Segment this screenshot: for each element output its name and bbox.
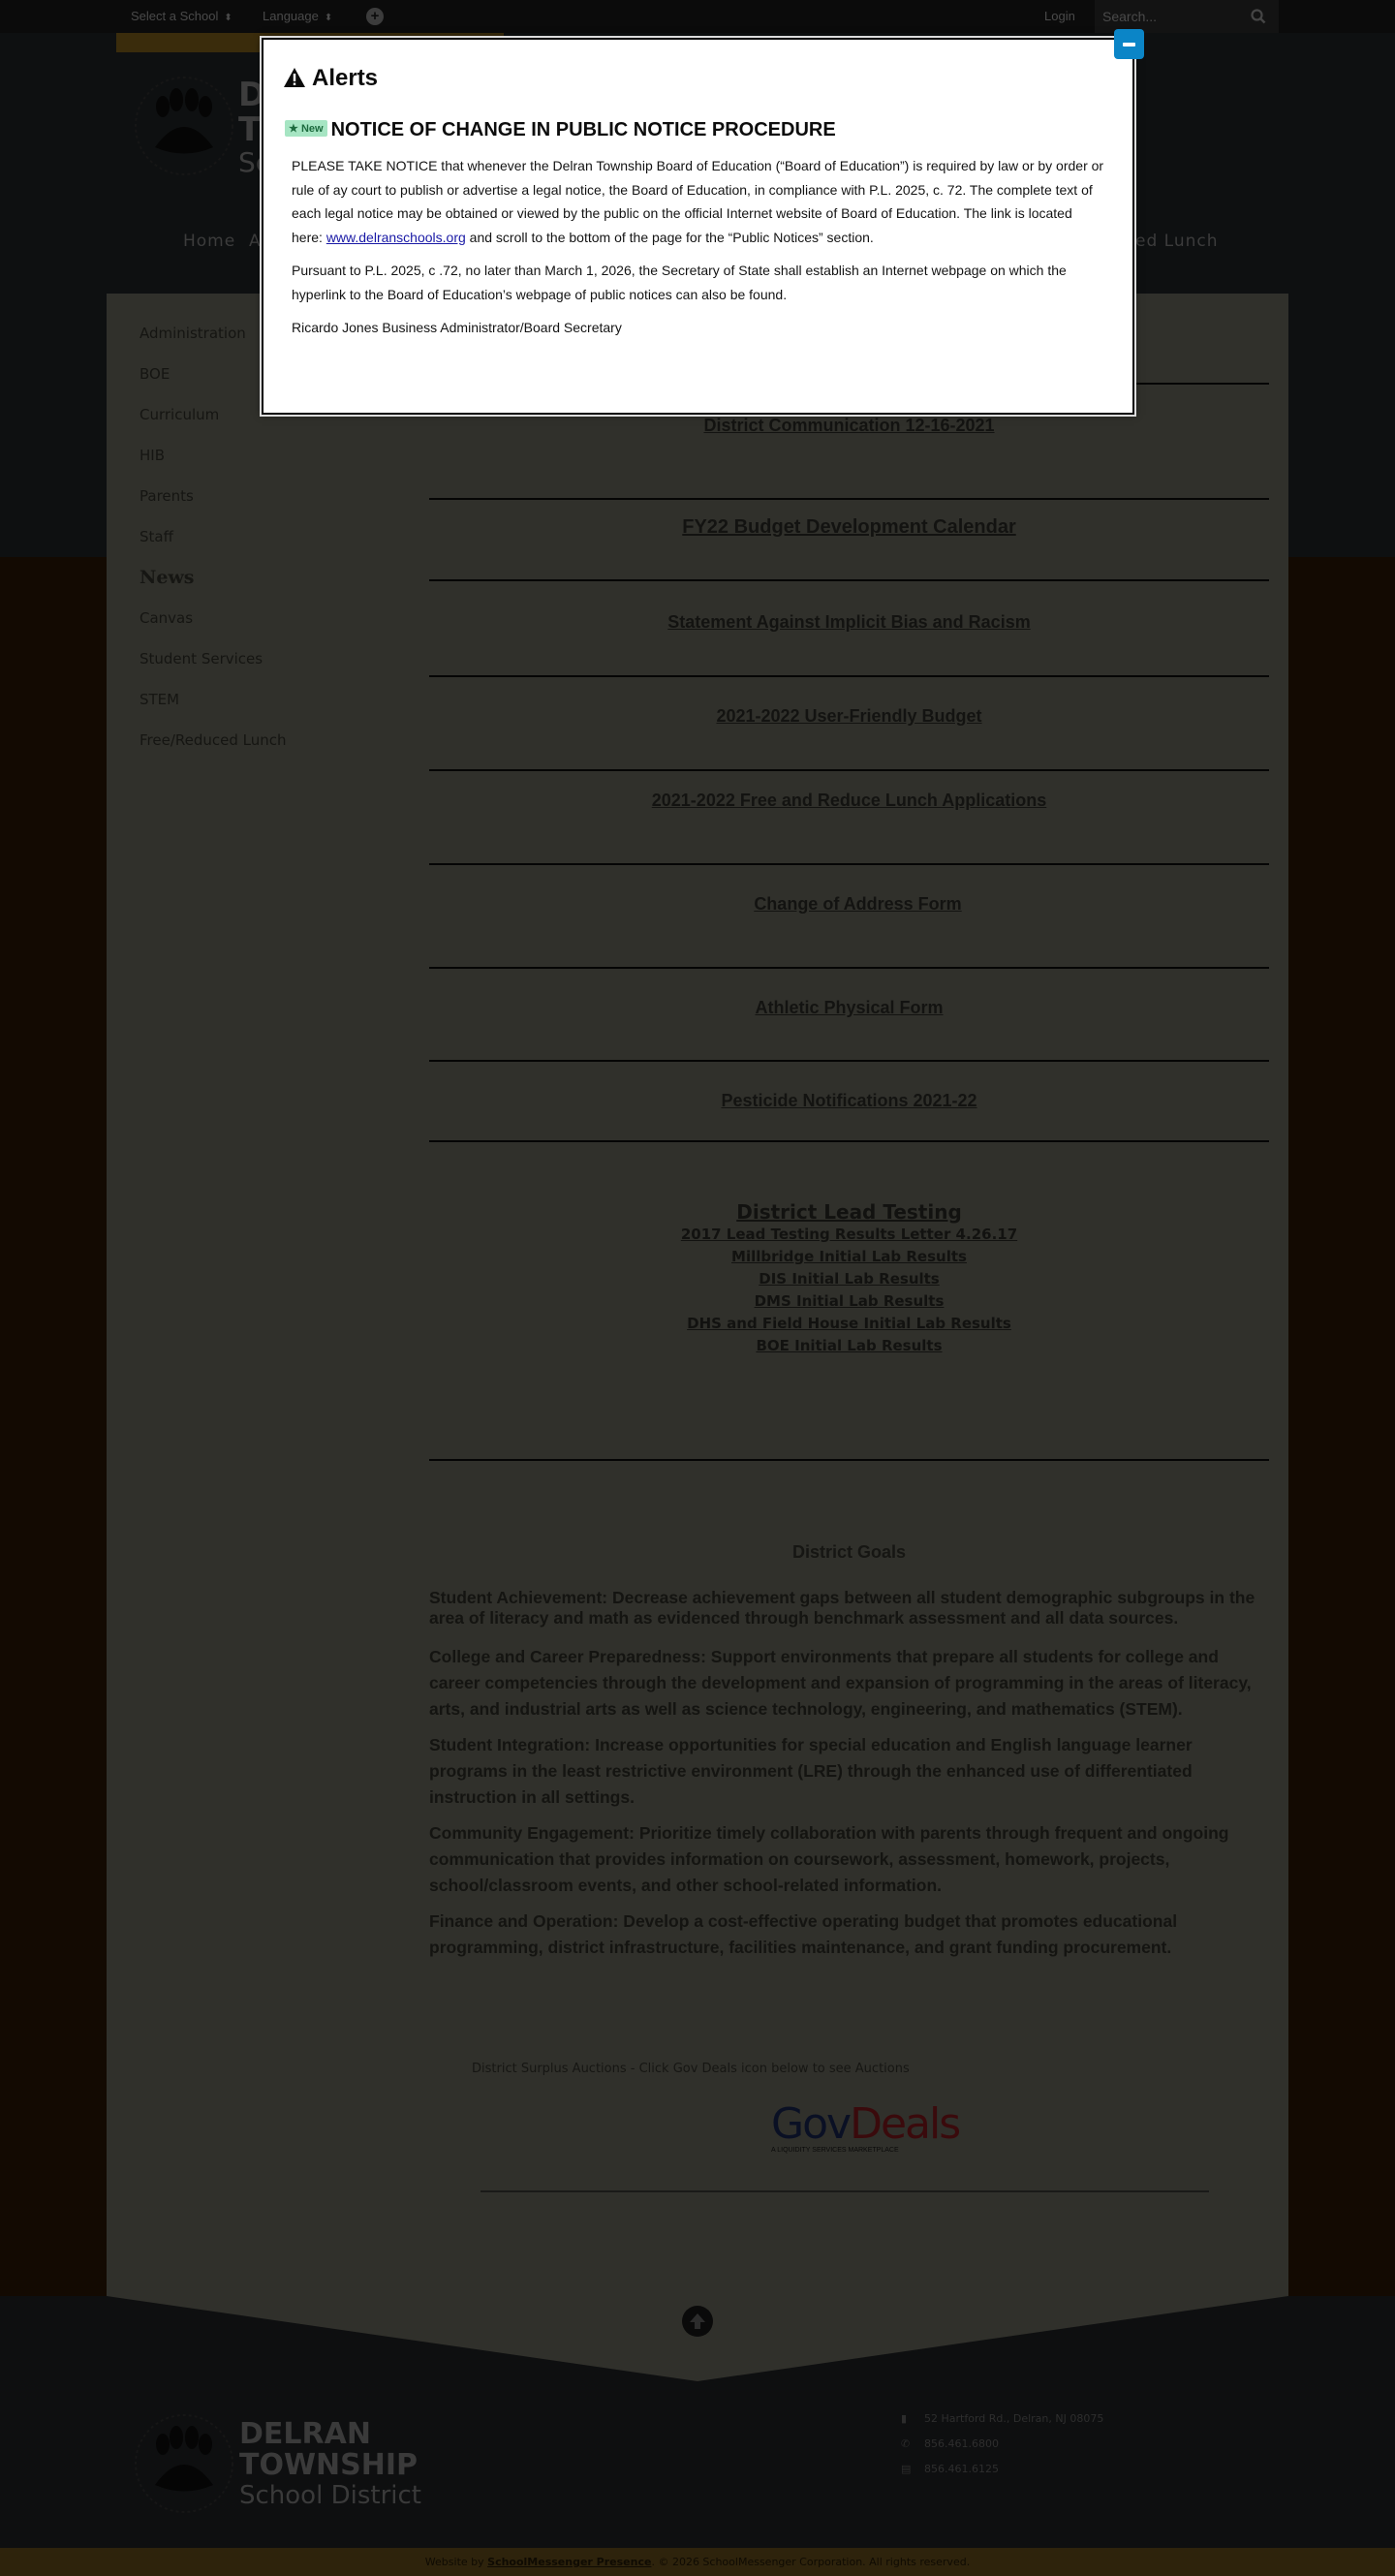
nav-item-free-reduced-lunch[interactable]: ed Lunch bbox=[1135, 232, 1219, 251]
footer-site-name: DELRAN TOWNSHIP School District bbox=[239, 2419, 421, 2510]
footer-fax: ▤856.461.6125 bbox=[901, 2463, 999, 2475]
credit-prefix: Website by bbox=[425, 2556, 487, 2568]
lead-testing-section: District Lead Testing 2017 Lead Testing … bbox=[429, 1200, 1269, 1357]
utility-bar: Select a School⬍ Language⬍ + Login bbox=[0, 0, 1395, 33]
govdeals-wordmark: GovDeals bbox=[771, 2100, 916, 2149]
lead-link-letter[interactable]: 2017 Lead Testing Results Letter 4.26.17 bbox=[429, 1224, 1269, 1246]
footer-bear-paw-logo-icon bbox=[131, 2407, 237, 2519]
doc-link-athletic-physical[interactable]: Athletic Physical Form bbox=[429, 998, 1269, 1027]
divider bbox=[429, 863, 1269, 865]
search-icon[interactable] bbox=[1250, 8, 1267, 25]
doc-link-fy22-budget-calendar[interactable]: FY22 Budget Development Calendar bbox=[429, 516, 1269, 564]
lead-link-millbridge[interactable]: Millbridge Initial Lab Results bbox=[429, 1246, 1269, 1268]
copyright-bar: Website by SchoolMessenger Presence. © 2… bbox=[0, 2548, 1395, 2576]
arrow-up-icon bbox=[682, 2306, 713, 2337]
divider bbox=[429, 498, 1269, 500]
sidebar-item-news[interactable]: News bbox=[139, 564, 411, 605]
select-arrows-icon: ⬍ bbox=[224, 13, 232, 23]
minus-icon bbox=[1123, 43, 1135, 47]
fax-icon: ▤ bbox=[901, 2463, 914, 2475]
sidebar-item-parents[interactable]: Parents bbox=[139, 482, 411, 523]
language-select[interactable]: Language⬍ bbox=[263, 9, 332, 23]
doc-link-district-communication[interactable]: District Communication 12-16-2021 bbox=[429, 416, 1269, 466]
lead-link-dis[interactable]: DIS Initial Lab Results bbox=[429, 1268, 1269, 1290]
schoolmessenger-link[interactable]: SchoolMessenger Presence bbox=[487, 2556, 651, 2568]
goal-student-achievement: Student Achievement: Decrease achievemen… bbox=[429, 1588, 1269, 1629]
sidebar-item-stem[interactable]: STEM bbox=[139, 686, 411, 727]
new-badge: ★ New bbox=[285, 120, 327, 137]
search-input[interactable] bbox=[1102, 7, 1248, 26]
divider bbox=[429, 1459, 1269, 1461]
govdeals-tagline: A LIQUIDITY SERVICES MARKETPLACE bbox=[771, 2147, 916, 2154]
lead-testing-title-link[interactable]: District Lead Testing bbox=[736, 1200, 962, 1224]
school-select-label: Select a School bbox=[131, 9, 218, 23]
delranschools-link[interactable]: www.delranschools.org bbox=[326, 230, 466, 245]
star-icon: ★ bbox=[289, 123, 298, 135]
divider bbox=[429, 769, 1269, 771]
alert-paragraph-1: PLEASE TAKE NOTICE that whenever the Del… bbox=[292, 154, 1105, 249]
footer-phone[interactable]: ✆856.461.6800 bbox=[901, 2437, 999, 2450]
alerts-modal: Alerts ★ NewNOTICE OF CHANGE IN PUBLIC N… bbox=[262, 38, 1134, 415]
surplus-auctions-text: District Surplus Auctions - Click Gov De… bbox=[472, 2062, 910, 2076]
govdeals-logo-link[interactable]: GovDeals A LIQUIDITY SERVICES MARKETPLAC… bbox=[771, 2100, 916, 2170]
plus-circle-icon[interactable]: + bbox=[366, 8, 384, 25]
login-link[interactable]: Login bbox=[1044, 9, 1075, 23]
doc-link-change-of-address[interactable]: Change of Address Form bbox=[429, 894, 1269, 923]
lead-link-dhs[interactable]: DHS and Field House Initial Lab Results bbox=[429, 1313, 1269, 1335]
goal-college-career: College and Career Preparedness: Support… bbox=[429, 1644, 1269, 1723]
alert-paragraph-2: Pursuant to P.L. 2025, c .72, no later t… bbox=[292, 259, 1105, 306]
alert-headline: NOTICE OF CHANGE IN PUBLIC NOTICE PROCED… bbox=[331, 119, 836, 140]
bear-paw-logo-icon[interactable] bbox=[131, 68, 237, 184]
back-to-top-button[interactable] bbox=[682, 2306, 713, 2337]
main-content: District Communication 12-16-2021 FY22 B… bbox=[429, 383, 1269, 1961]
doc-link-implicit-bias-statement[interactable]: Statement Against Implicit Bias and Raci… bbox=[429, 612, 1269, 641]
divider bbox=[429, 579, 1269, 581]
sidebar-item-hib[interactable]: HIB bbox=[139, 442, 411, 482]
copyright-text: . © 2026 SchoolMessenger Corporation. Al… bbox=[651, 2556, 970, 2568]
school-select[interactable]: Select a School⬍ bbox=[131, 9, 232, 23]
phone-icon: ✆ bbox=[901, 2437, 914, 2450]
lead-link-dms[interactable]: DMS Initial Lab Results bbox=[429, 1290, 1269, 1313]
nav-item-home[interactable]: Home bbox=[183, 232, 235, 251]
divider bbox=[429, 1140, 1269, 1142]
nav-item-about[interactable]: A bbox=[249, 232, 262, 251]
doc-link-user-friendly-budget[interactable]: 2021-2022 User-Friendly Budget bbox=[429, 706, 1269, 735]
divider bbox=[480, 2190, 1209, 2192]
sidebar-item-student-services[interactable]: Student Services bbox=[139, 645, 411, 686]
divider bbox=[429, 1060, 1269, 1062]
goal-community-engagement: Community Engagement: Prioritize timely … bbox=[429, 1820, 1269, 1899]
sidebar-item-staff[interactable]: Staff bbox=[139, 523, 411, 564]
footer-address: ▮52 Hartford Rd., Delran, NJ 08075 bbox=[901, 2412, 1103, 2425]
alerts-modal-title: Alerts bbox=[283, 65, 378, 92]
footer-name-line1: DELRAN bbox=[239, 2419, 421, 2450]
alert-signature: Ricardo Jones Business Administrator/Boa… bbox=[292, 316, 1105, 340]
sidebar-item-canvas[interactable]: Canvas bbox=[139, 605, 411, 645]
language-select-label: Language bbox=[263, 9, 319, 23]
footer-name-line3: School District bbox=[239, 2481, 421, 2510]
warning-triangle-icon bbox=[283, 67, 306, 88]
goal-finance-operation: Finance and Operation: Develop a cost-ef… bbox=[429, 1909, 1269, 1961]
minimize-alerts-button[interactable] bbox=[1114, 29, 1144, 59]
alert-heading: ★ NewNOTICE OF CHANGE IN PUBLIC NOTICE P… bbox=[285, 119, 836, 141]
divider bbox=[429, 967, 1269, 969]
doc-link-lunch-applications[interactable]: 2021-2022 Free and Reduce Lunch Applicat… bbox=[429, 791, 1269, 820]
goal-student-integration: Student Integration: Increase opportunit… bbox=[429, 1732, 1269, 1811]
lead-link-boe[interactable]: BOE Initial Lab Results bbox=[429, 1335, 1269, 1357]
sidebar-item-free-reduced-lunch[interactable]: Free/Reduced Lunch bbox=[139, 727, 411, 767]
search-box bbox=[1095, 0, 1279, 33]
map-icon: ▮ bbox=[901, 2412, 914, 2425]
alert-body: PLEASE TAKE NOTICE that whenever the Del… bbox=[292, 154, 1105, 350]
divider bbox=[429, 675, 1269, 677]
doc-link-pesticide-notifications[interactable]: Pesticide Notifications 2021-22 bbox=[429, 1091, 1269, 1120]
footer-name-line2: TOWNSHIP bbox=[239, 2450, 421, 2481]
select-arrows-icon: ⬍ bbox=[325, 13, 332, 23]
goals-title: District Goals bbox=[429, 1542, 1269, 1563]
